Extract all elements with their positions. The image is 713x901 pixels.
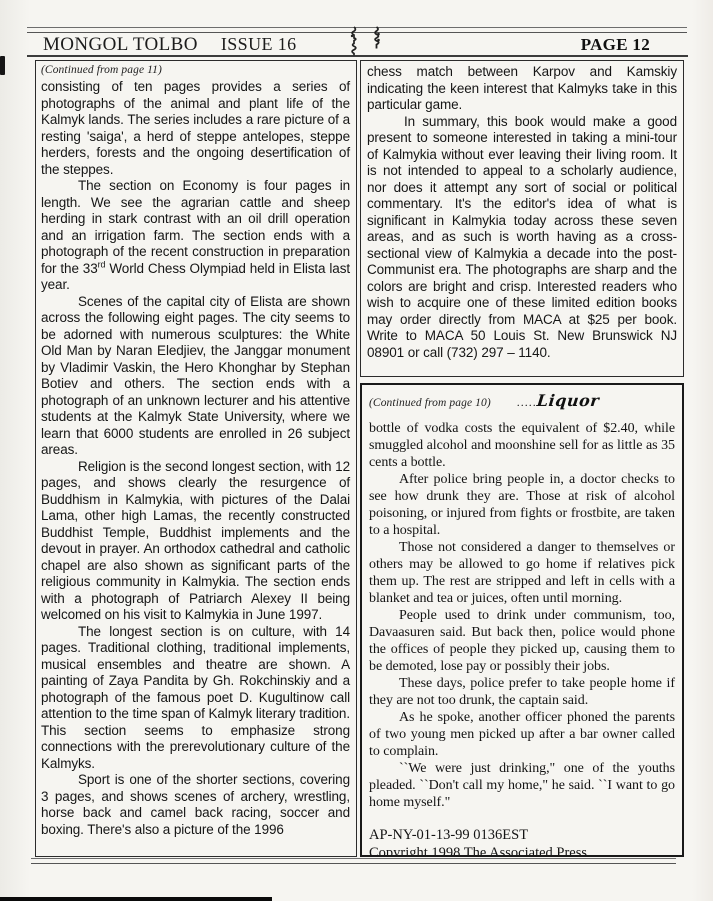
paragraph: People used to drink under communism, to… [369,607,675,675]
paragraph: Those not considered a danger to themsel… [369,539,675,607]
paragraph: The section on Economy is four pages in … [41,178,350,294]
paragraph: ``We were just drinking," one of the you… [369,760,675,811]
right-column: chess match between Karpov and Kamskiy i… [360,60,684,857]
paragraph: As he spoke, another officer phoned the … [369,709,675,760]
ap-credit: AP-NY-01-13-99 0136ESTCopyright 1998 The… [369,826,675,857]
continued-from-note: (Continued from page 11) [41,64,350,76]
article-body: bottle of vodka costs the equivalent of … [369,420,675,811]
paragraph: consisting of ten pages provides a serie… [41,79,350,178]
newsletter-title: MONGOL TOLBO [43,34,198,56]
issue-number: ISSUE 16 [221,34,297,55]
paragraph: Copyright 1998 The Associated Press. [369,844,675,857]
paragraph: After police bring people in, a doctor c… [369,471,675,539]
article-book-review-left: (Continued from page 11) consisting of t… [35,60,357,857]
mongol-script-glyph [348,26,359,56]
mongol-script-glyph [371,26,382,52]
paragraph: In summary, this book would make a good … [367,114,677,362]
article-liquor: (Continued from page 10) ..... Liquor bo… [360,383,684,857]
paragraph: chess match between Karpov and Kamskiy i… [367,64,677,114]
mongol-script-glyphs [348,26,382,56]
continued-from-note: (Continued from page 10) [369,397,491,409]
paragraph: Sport is one of the shorter sections, co… [41,772,350,838]
liquor-article-title: Liquor [536,391,600,410]
paragraph: AP-NY-01-13-99 0136EST [369,826,675,844]
page-columns: (Continued from page 11) consisting of t… [35,60,684,857]
article-body: consisting of ten pages provides a serie… [41,79,350,838]
scan-artifact-left-edge [0,56,5,75]
paragraph: These days, police prefer to take people… [369,675,675,709]
page-number: PAGE 12 [581,35,650,55]
masthead: MONGOL TOLBO ISSUE 16 PAGE 12 [43,34,650,56]
paragraph: bottle of vodka costs the equivalent of … [369,420,675,471]
scan-artifact-bottom-edge [0,897,272,901]
liquor-article-header: (Continued from page 10) ..... Liquor [369,391,675,410]
bottom-double-rule [31,858,676,864]
paragraph: The longest section is on culture, with … [41,624,350,773]
newsletter-page: MONGOL TOLBO ISSUE 16 PAGE 12 (Continued… [0,0,713,901]
article-body: chess match between Karpov and Kamskiy i… [367,64,677,361]
article-book-review-right: chess match between Karpov and Kamskiy i… [360,60,684,377]
leader-dots: ..... [517,395,537,410]
paragraph: Scenes of the capital city of Elista are… [41,294,350,459]
paragraph: Religion is the second longest section, … [41,459,350,624]
